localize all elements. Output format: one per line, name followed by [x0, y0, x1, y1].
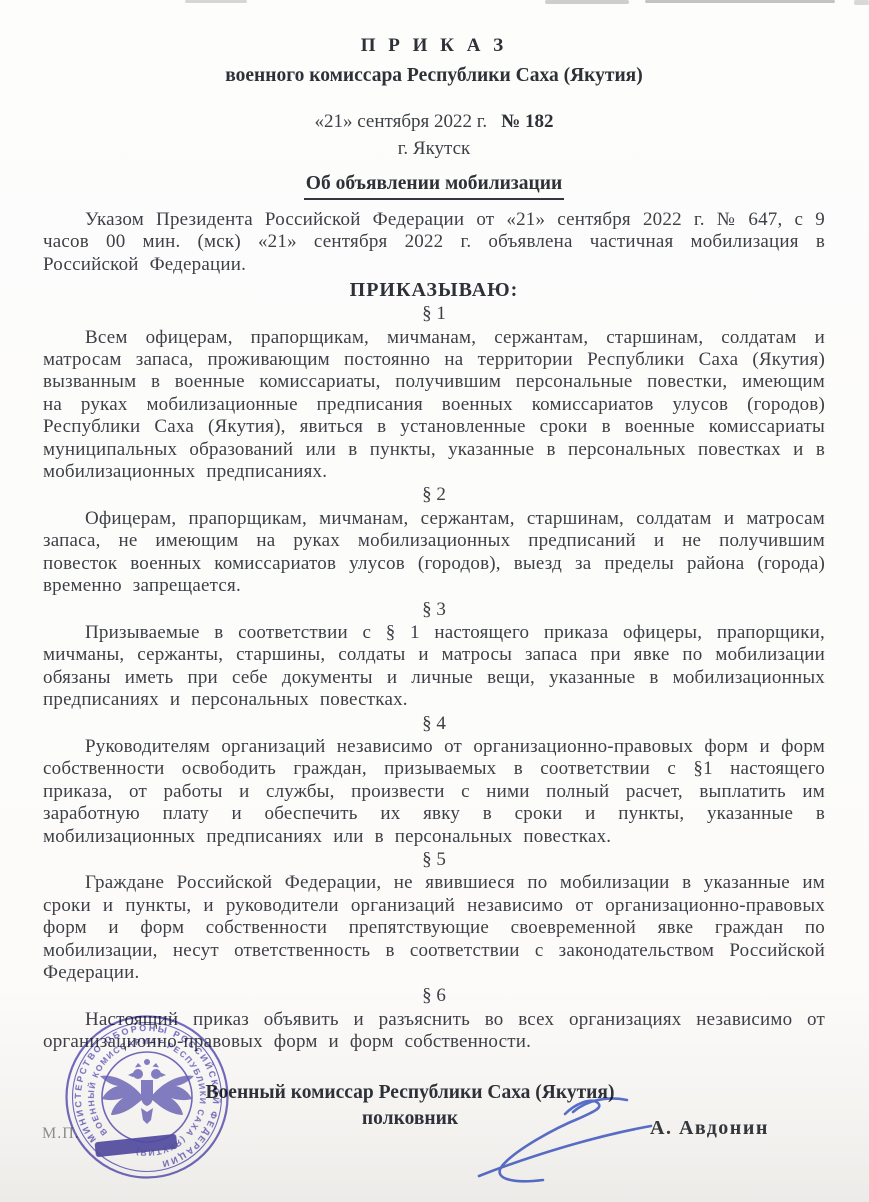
- section-2-number: § 2: [43, 484, 825, 506]
- signatory-name: А. Авдонин: [650, 1117, 790, 1140]
- section-5-text: Граждане Российской Федерации, не явивши…: [43, 872, 825, 984]
- document-number: № 182: [501, 111, 553, 132]
- scan-artifact: [854, 0, 869, 5]
- date-number-line: «21» сентября 2022 г.№ 182: [43, 110, 825, 134]
- resolution-word: ПРИКАЗЫВАЮ:: [43, 278, 825, 302]
- handwritten-signature: [455, 1090, 665, 1190]
- scan-artifact: [645, 0, 835, 3]
- intro-paragraph: Указом Президента Российской Федерации о…: [43, 209, 825, 276]
- scan-artifact: [545, 0, 629, 4]
- section-4-number: § 4: [43, 713, 825, 735]
- document-date: «21» сентября 2022 г.: [315, 111, 488, 132]
- section-4-text: Руководителям организаций независимо от …: [43, 736, 825, 848]
- document-type-title: П Р И К А З: [43, 34, 825, 58]
- section-1-number: § 1: [43, 303, 825, 325]
- section-2-text: Офицерам, прапорщикам, мичманам, сержант…: [43, 508, 825, 598]
- section-3-text: Призываемые в соответствии с § 1 настоящ…: [43, 622, 825, 712]
- issuer-line: военного комиссара Республики Саха (Якут…: [43, 64, 825, 88]
- double-headed-eagle-icon: [100, 1059, 194, 1124]
- scanned-order-document: П Р И К А З военного комиссара Республик…: [0, 0, 869, 1202]
- city-line: г. Якутск: [43, 137, 825, 161]
- section-1-text: Всем офицерам, прапорщикам, мичманам, се…: [43, 327, 825, 484]
- scan-artifact: [185, 0, 247, 3]
- section-5-number: § 5: [43, 849, 825, 871]
- section-6-number: § 6: [43, 985, 825, 1007]
- official-round-stamp: МИНИСТЕРСТВО ОБОРОНЫ РОССИЙСКОЙ ФЕДЕРАЦИ…: [60, 1010, 234, 1184]
- section-3-number: § 3: [43, 599, 825, 621]
- subject-line: Об объявлении мобилизации: [43, 171, 825, 200]
- document-subject: Об объявлении мобилизации: [304, 171, 564, 200]
